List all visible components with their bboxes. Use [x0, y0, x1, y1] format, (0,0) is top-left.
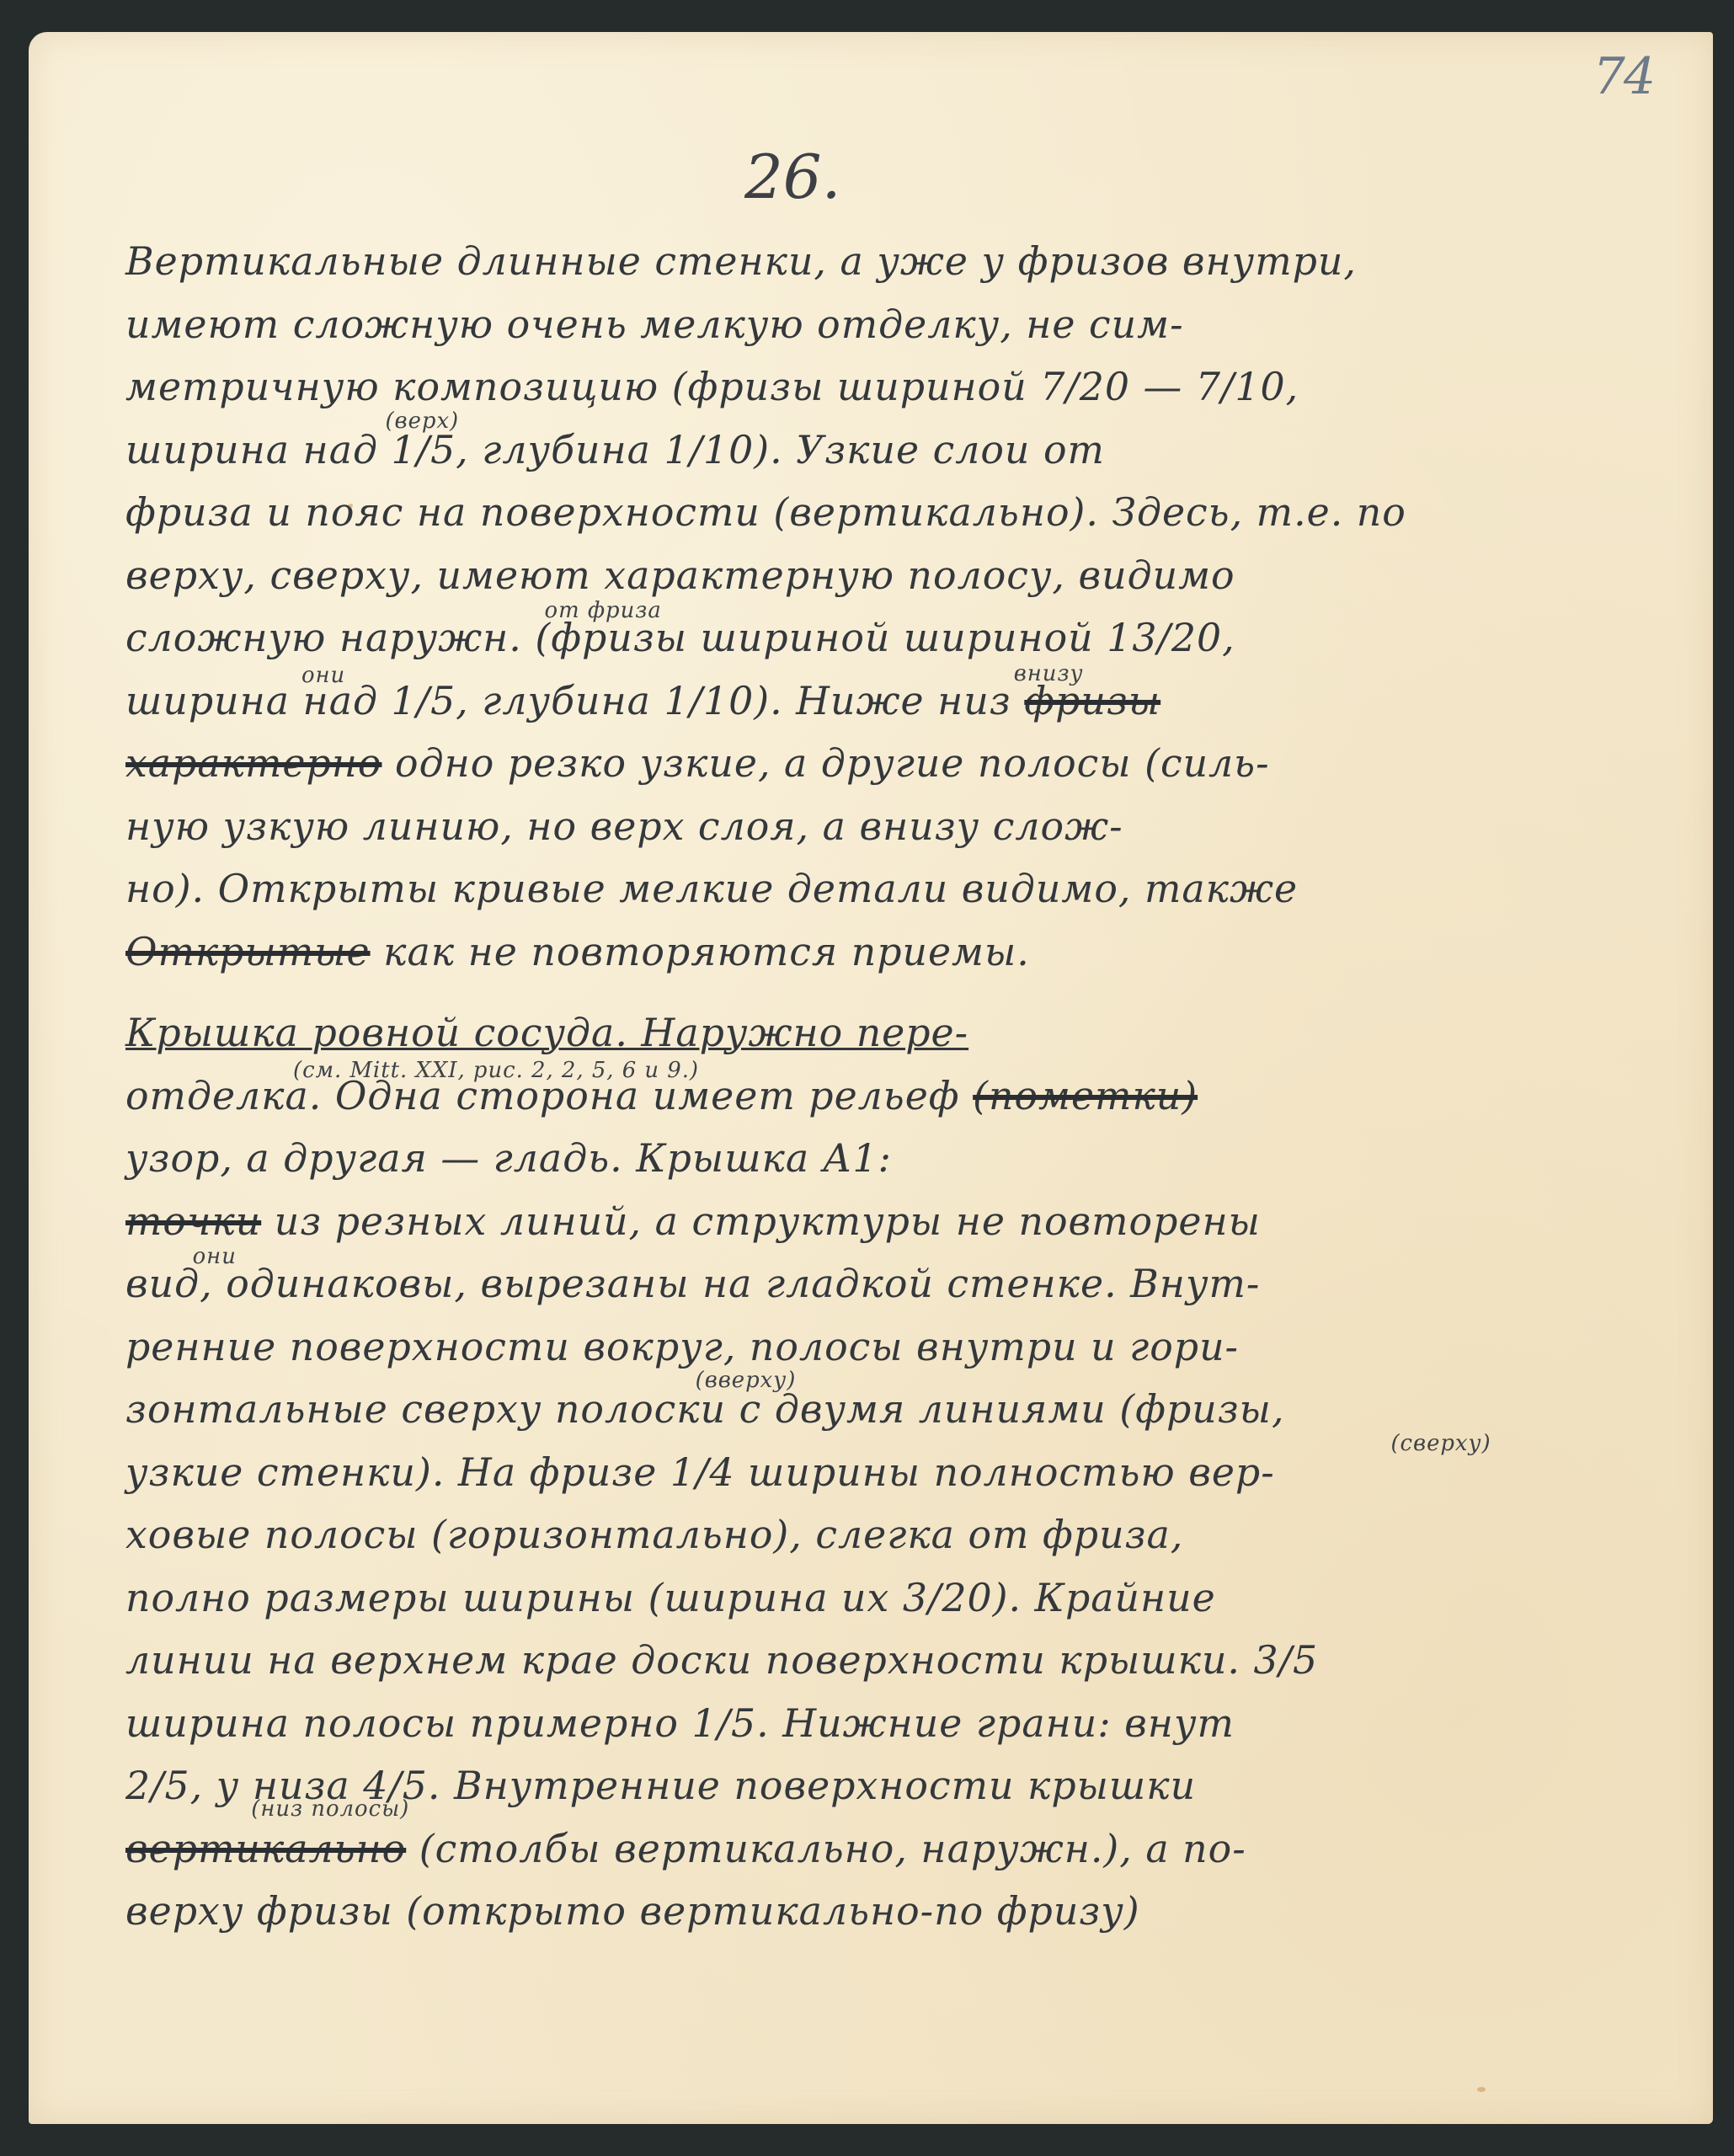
- text-line: (низ полосы) 2/5, у низа 4/5. Внутренние…: [125, 1754, 1693, 1817]
- text-line: Вертикальные длинные стенки, а уже у фри…: [125, 230, 1693, 293]
- interlinear-note: (сверху): [1390, 1433, 1491, 1454]
- text-line: верху, сверху, имеют характерную полосу,…: [125, 544, 1693, 607]
- text-line: они внизу ширина над 1/5, глубина 1/10).…: [125, 670, 1693, 733]
- interlinear-note: они: [193, 1246, 237, 1267]
- text-line-content: как не повторяются приемы.: [383, 929, 1030, 974]
- text-line: узор, а другая — гладь. Крышка А1:: [125, 1127, 1693, 1190]
- text-line-content: одно резко узкие, а другие полосы (силь-: [395, 740, 1270, 786]
- text-line-content: вид, одинаковы, вырезаны на гладкой стен…: [125, 1261, 1260, 1306]
- interlinear-note: (см. Mitt. XXI, рис. 2, 2, 5, 6 и 9.): [293, 1059, 699, 1081]
- text-line: ренние поверхности вокруг, полосы внутри…: [125, 1315, 1693, 1379]
- struck-word: (пометки): [973, 1073, 1198, 1118]
- text-line: они вид, одинаковы, вырезаны на гладкой …: [125, 1252, 1693, 1315]
- text-line-content: ширина над 1/5, глубина 1/10). Узкие сло…: [125, 427, 1105, 472]
- text-line: фриза и пояс на поверхности (вертикально…: [125, 481, 1693, 544]
- text-line-content: из резных линий, а структуры не повторен…: [275, 1198, 1261, 1244]
- text-line-content: зонтальные сверху полоски с двумя линиям…: [125, 1386, 1284, 1432]
- text-line-content: ширина над 1/5, глубина 1/10). Ниже низ: [125, 678, 1011, 723]
- interlinear-note: (вверху): [696, 1369, 797, 1391]
- text-line: линии на верхнем крае доски поверхности …: [125, 1629, 1693, 1692]
- text-line: от фриза сложную наружн. (фризы шириной …: [125, 606, 1693, 670]
- text-line-content: узкие стенки). На фризе 1/4 ширины полно…: [125, 1449, 1275, 1495]
- struck-word: характерно: [125, 740, 381, 786]
- section-heading-line: Крышка ровной сосуда. Наружно пере-: [125, 1001, 1693, 1065]
- interlinear-note: (верх): [385, 410, 459, 432]
- text-line: метричную композицию (фризы шириной 7/20…: [125, 355, 1693, 419]
- text-line: верху фризы (открыто вертикально-по фриз…: [125, 1880, 1693, 1943]
- text-line: вертикально (столбы вертикально, наружн.…: [125, 1817, 1693, 1881]
- text-line: (см. Mitt. XXI, рис. 2, 2, 5, 6 и 9.) от…: [125, 1065, 1693, 1128]
- text-line: ширина полосы примерно 1/5. Нижние грани…: [125, 1692, 1693, 1755]
- struck-word: вертикально: [125, 1826, 406, 1871]
- text-line-content: (столбы вертикально, наружн.), а по-: [419, 1826, 1246, 1871]
- text-line: ную узкую линию, но верх слоя, а внизу с…: [125, 795, 1693, 858]
- struck-word: точки: [125, 1198, 261, 1244]
- underlined-heading: Крышка ровной сосуда. Наружно пере-: [125, 1010, 968, 1055]
- interlinear-note: внизу: [1014, 663, 1084, 685]
- text-line: точки из резных линий, а структуры не по…: [125, 1190, 1693, 1253]
- manuscript-text: Вертикальные длинные стенки, а уже у фри…: [125, 230, 1700, 1943]
- page-number: 26.: [744, 141, 841, 212]
- text-line: но). Открыты кривые мелкие детали видимо…: [125, 857, 1693, 921]
- paper-stain: [349, 504, 353, 508]
- text-line: (верх) ширина над 1/5, глубина 1/10). Уз…: [125, 419, 1693, 482]
- text-line: полно размеры ширины (ширина их 3/20). К…: [125, 1566, 1693, 1630]
- text-line: Открытые как не повторяются приемы.: [125, 921, 1693, 984]
- interlinear-note: они: [301, 664, 345, 686]
- text-line-content: сложную наружн. (фризы шириной шириной 1…: [125, 615, 1235, 660]
- text-line: имеют сложную очень мелкую отделку, не с…: [125, 293, 1693, 356]
- manuscript-sheet: 74 26. Вертикальные длинные стенки, а уж…: [29, 32, 1713, 2124]
- text-line: характерно одно резко узкие, а другие по…: [125, 732, 1693, 795]
- text-line: ховые полосы (горизонтально), слегка от …: [125, 1503, 1693, 1566]
- folio-number: 74: [1593, 47, 1654, 106]
- interlinear-note: от фриза: [545, 600, 662, 622]
- text-line: (сверху) узкие стенки). На фризе 1/4 шир…: [125, 1441, 1693, 1504]
- struck-word: Открытые: [125, 929, 371, 974]
- paper-stain: [1477, 2087, 1486, 2092]
